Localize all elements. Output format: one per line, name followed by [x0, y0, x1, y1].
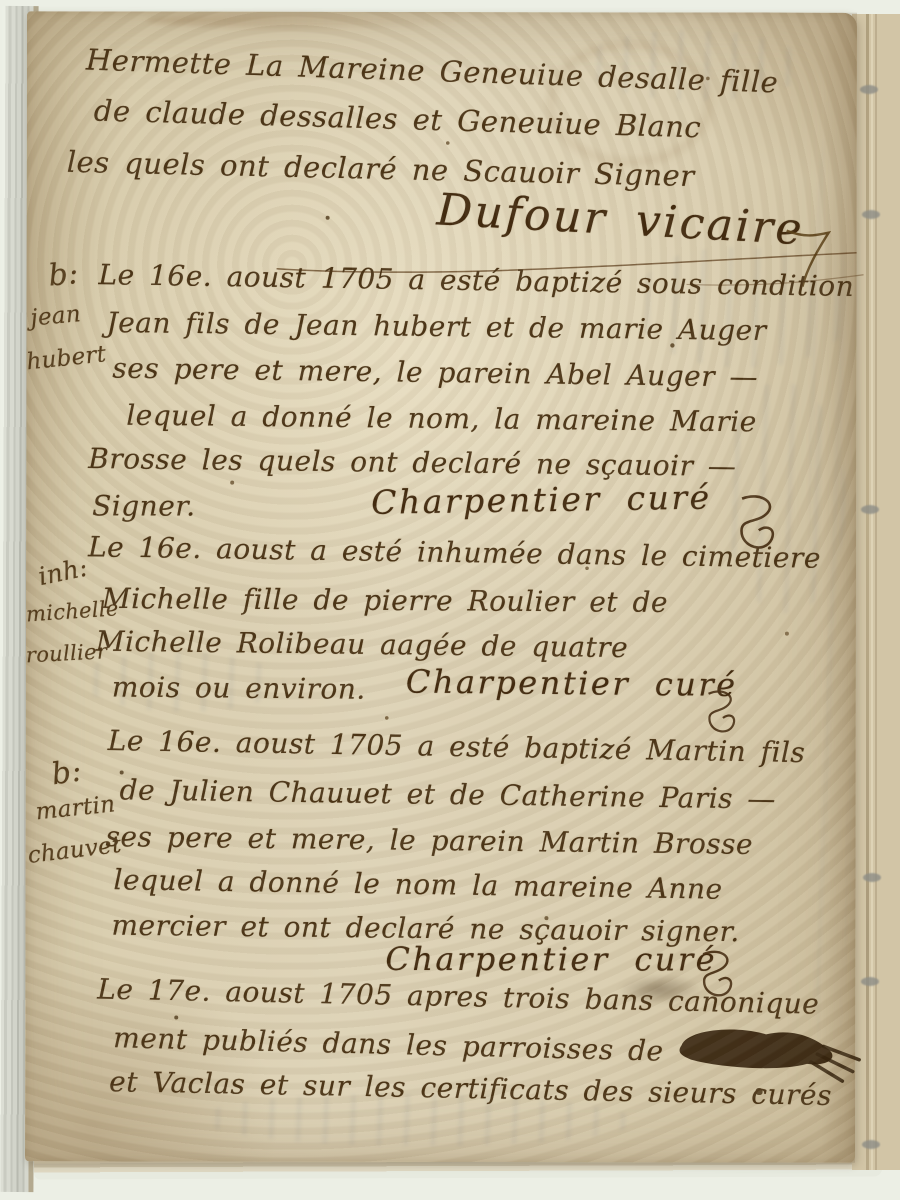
record-3-line: Michelle Rolibeau aagée de quatre: [96, 625, 629, 665]
margin-note-burial: inh:: [36, 553, 91, 592]
record-3-line: Le 16e. aoust a esté inhumée dans le cim…: [88, 530, 821, 575]
record-5-line: ment publiés dans les parroisses de: [113, 1021, 664, 1067]
ink-blot-icon: [674, 1019, 871, 1096]
record-2-line: Brosse les quels ont declaré ne sçauoir …: [88, 442, 737, 483]
edge-smudge: [861, 505, 879, 514]
edge-smudge: [862, 210, 880, 219]
fore-edge-strip: [852, 14, 900, 1170]
top-edge-stain: [147, 13, 457, 28]
record-3-line: Michelle fille de pierre Roulier et de: [102, 582, 668, 619]
paper-specks: [27, 11, 29, 13]
signature-charpentier-cure: Charpentier curé: [385, 940, 717, 979]
fore-edge-crease: [866, 14, 869, 1170]
edge-smudge: [861, 977, 879, 986]
fore-edge-crease: [875, 14, 877, 1170]
record-4-line: lequel a donné le nom la mareine Anne: [113, 863, 723, 906]
margin-note-name: hubert: [25, 341, 107, 375]
record-2-line: Signer.: [92, 489, 195, 522]
record-4-line: ses pere et mere, le parein Martin Bross…: [105, 820, 753, 861]
edge-smudge: [863, 873, 881, 882]
edge-smudge: [862, 1140, 880, 1149]
margin-note-baptism: b:: [49, 753, 83, 792]
signature-charpentier-cure: Charpentier curé: [406, 662, 738, 703]
margin-note-baptism: b:: [47, 256, 80, 293]
manuscript-page: Hermette La Mareine Geneuiue desalle fil…: [25, 11, 857, 1162]
edge-smudge: [860, 85, 878, 94]
record-4-line: de Julien Chauuet et de Catherine Paris …: [119, 773, 776, 815]
manuscript-scan: Hermette La Mareine Geneuiue desalle fil…: [0, 0, 900, 1200]
margin-note-name: martin: [34, 791, 116, 825]
record-2-line: ses pere et mere, le parein Abel Auger —: [112, 351, 758, 393]
margin-note-name: jean: [29, 301, 82, 331]
signature-charpentier-cure: Charpentier curé: [371, 478, 712, 522]
fore-edge-crease: [871, 14, 873, 1170]
record-2-line: lequel a donné le nom, la mareine Marie: [126, 399, 757, 439]
record-3-line: mois ou environ.: [112, 671, 366, 706]
record-2-line: Jean fils de Jean hubert et de marie Aug…: [106, 306, 767, 347]
